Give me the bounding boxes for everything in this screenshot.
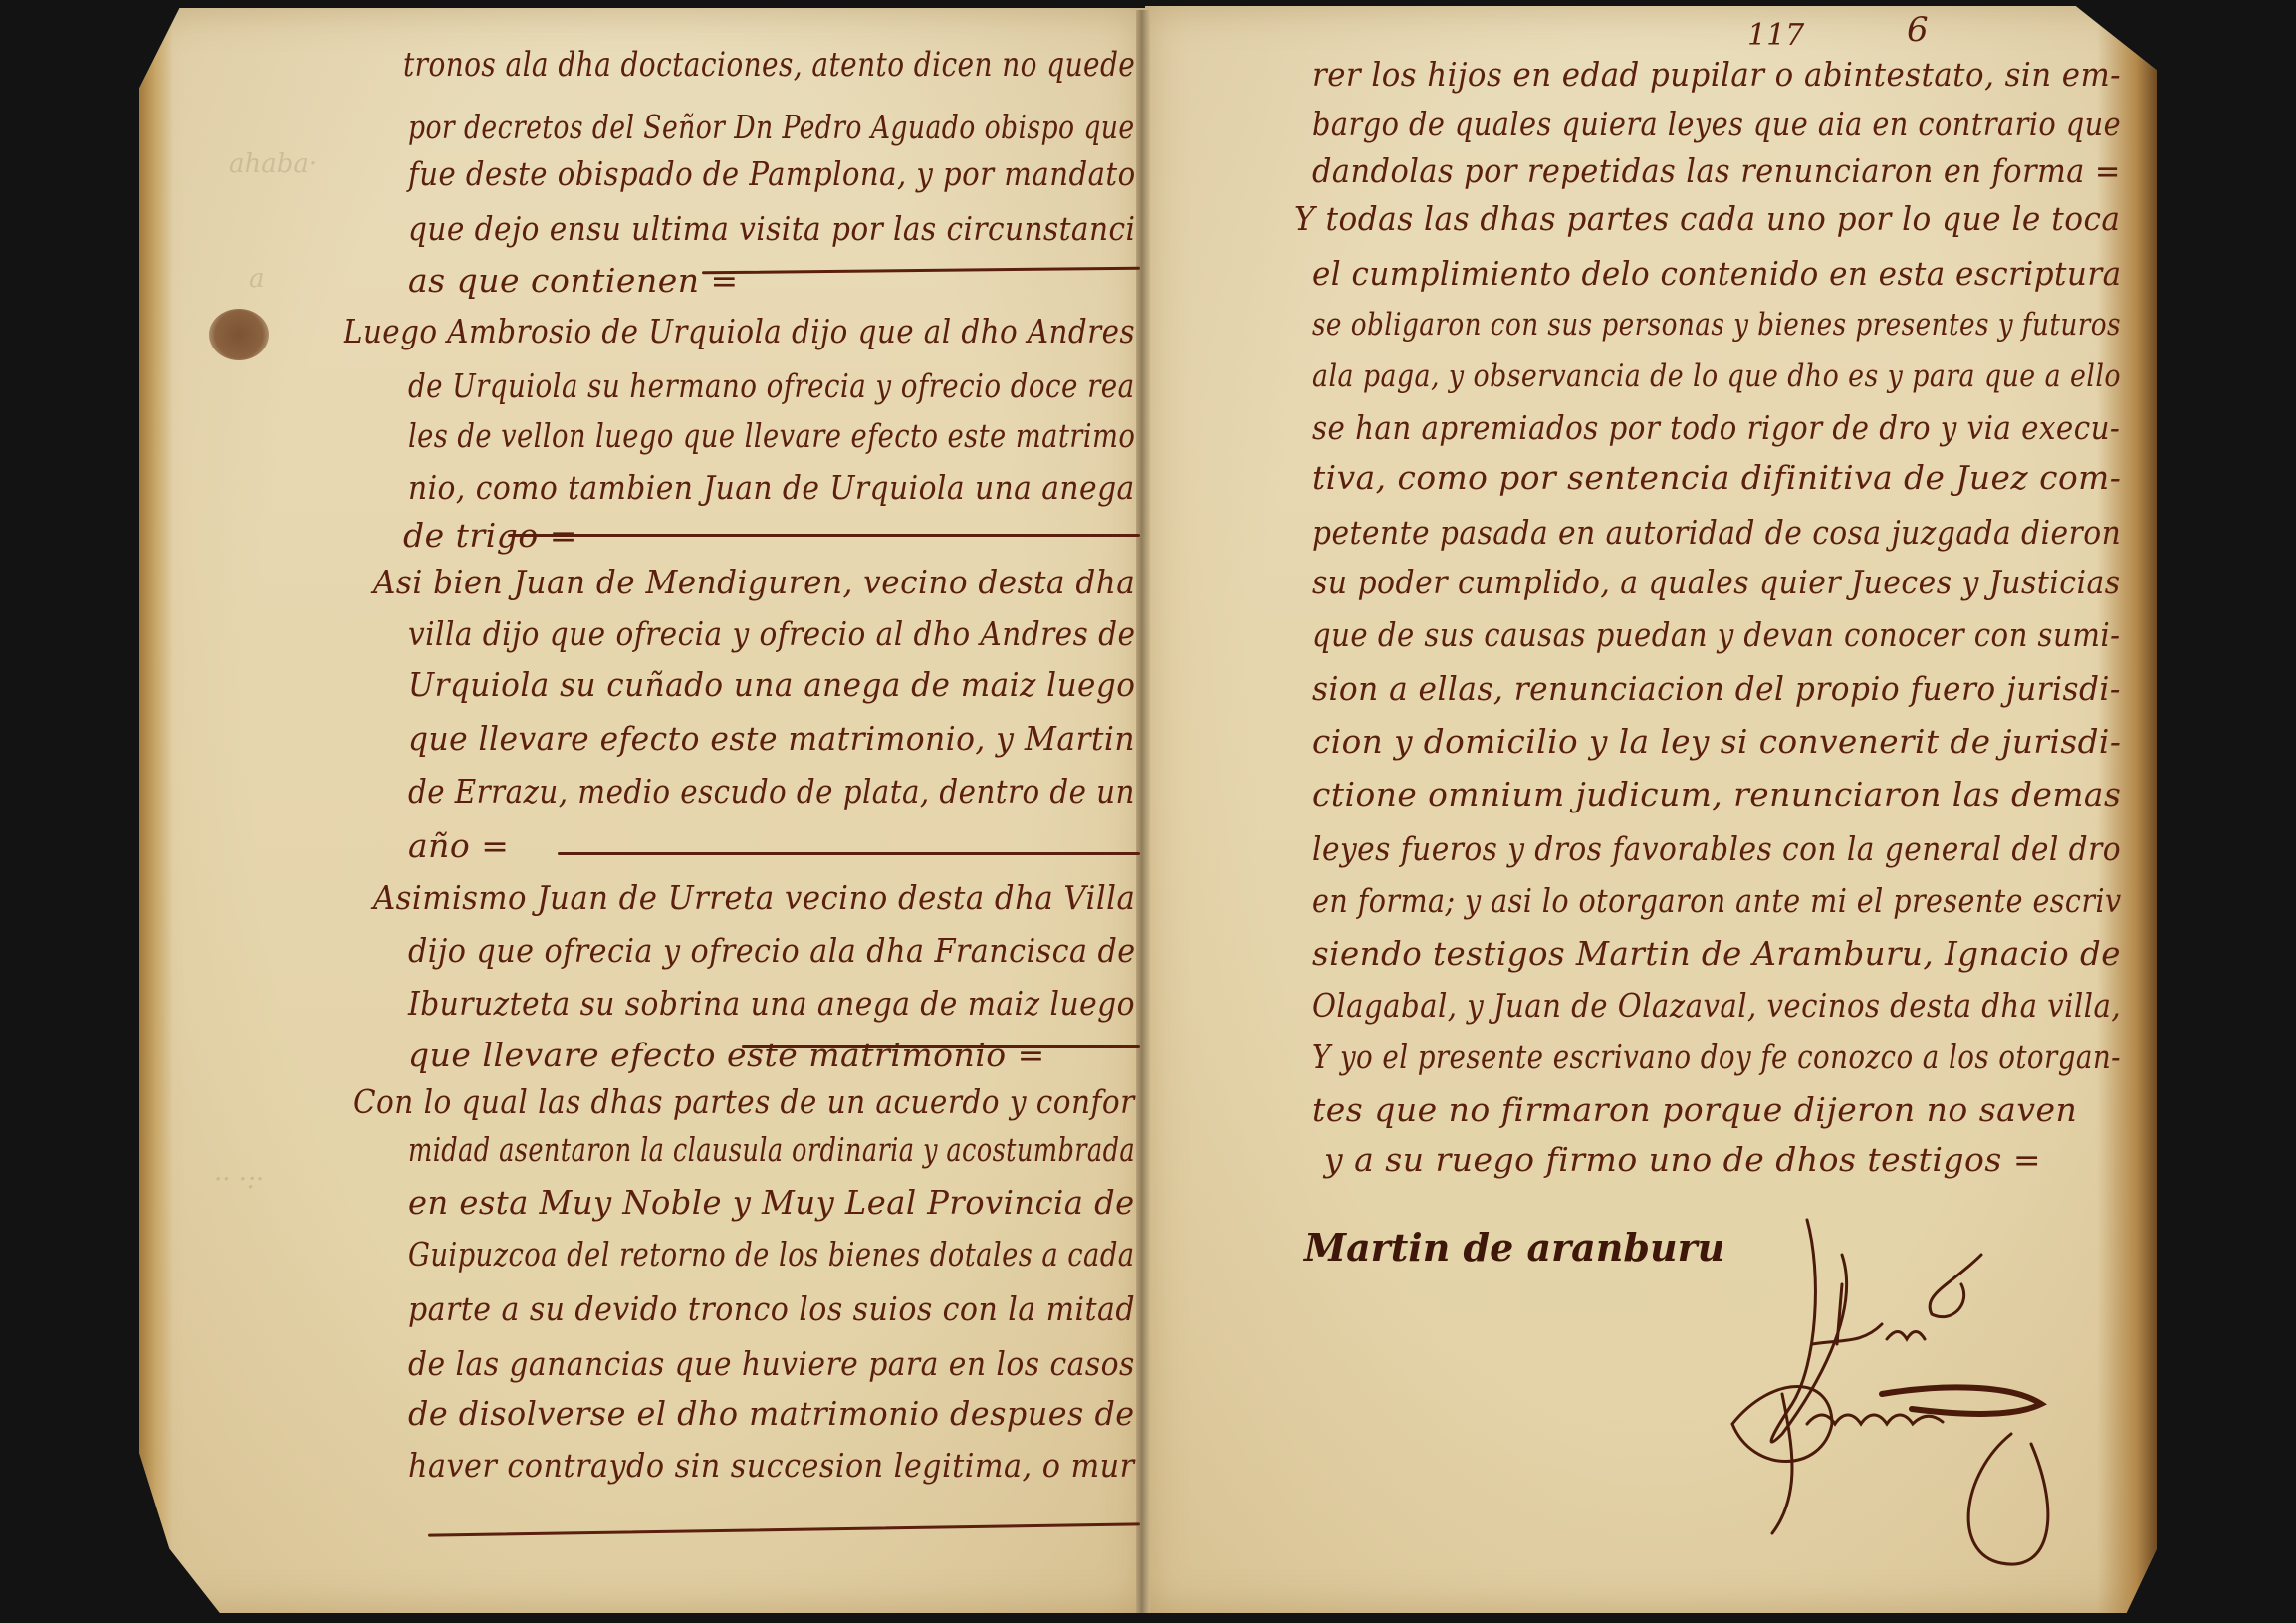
manuscript-line: bargo de quales quiera leyes que aia en … — [1312, 105, 2121, 143]
manuscript-line: les de vellon luego que llevare efecto e… — [408, 416, 1135, 455]
manuscript-line: Y todas las dhas partes cada uno por lo … — [1294, 199, 2121, 238]
manuscript-line: por decretos del Señor Dn Pedro Aguado o… — [408, 108, 1135, 146]
line-filler-rule — [558, 852, 1140, 855]
manuscript-line: Y yo el presente escrivano doy fe conozc… — [1312, 1038, 2121, 1076]
binding-gutter — [1136, 10, 1150, 1613]
manuscript-line: haver contraydo sin succesion legitima, … — [408, 1446, 1135, 1485]
worn-page-edge — [139, 8, 173, 1613]
manuscript-line: se han apremiados por todo rigor de dro … — [1312, 408, 2120, 447]
manuscript-line: tes que no firmaron porque dijeron no sa… — [1312, 1090, 2077, 1129]
manuscript-line: cion y domicilio y la ley si convenerit … — [1312, 722, 2121, 761]
manuscript-line: tronos ala dha doctaciones, atento dicen… — [403, 45, 1135, 85]
manuscript-line: rer los hijos en edad pupilar o abintest… — [1312, 55, 2121, 94]
manuscript-line: de las ganancias que huviere para en los… — [408, 1344, 1135, 1383]
bleed-through-mark: ·· ·:· — [214, 1165, 264, 1195]
folio-marks: 117 — [1747, 18, 1804, 53]
manuscript-line: que de sus causas puedan y devan conocer… — [1312, 615, 2120, 654]
manuscript-line: villa dijo que ofrecia y ofrecio al dho … — [408, 614, 1135, 653]
line-filler-rule — [742, 1045, 1140, 1048]
manuscript-line: Asi bien Juan de Mendiguren, vecino dest… — [373, 563, 1135, 601]
folio-number: 6 — [1907, 10, 1929, 50]
manuscript-line: Iburuzteta su sobrina una anega de maiz … — [408, 984, 1135, 1023]
line-filler-rule — [508, 534, 1140, 537]
manuscript-line: parte a su devido tronco los suios con l… — [408, 1289, 1135, 1328]
manuscript-line: en forma; y asi lo otorgaron ante mi el … — [1312, 881, 2122, 920]
manuscript-line: Con lo qual las dhas partes de un acuerd… — [353, 1082, 1135, 1121]
manuscript-line: de disolverse el dho matrimonio despues … — [408, 1394, 1135, 1433]
witness-signature: Martin de aranburu — [1304, 1225, 1724, 1270]
manuscript-line: dandolas por repetidas las renunciaron e… — [1312, 151, 2121, 190]
manuscript-line: tiva, como por sentencia difinitiva de J… — [1312, 458, 2121, 497]
manuscript-line: midad asentaron la clausula ordinaria y … — [408, 1130, 1135, 1169]
manuscript-line: se obligaron con sus personas y bienes p… — [1312, 307, 2121, 343]
manuscript-line: año = — [408, 826, 509, 865]
image-viewer: ahaba· a ·· ·:· tronos ala dha doctacion… — [0, 0, 2296, 1623]
bleed-through-mark: ahaba· — [229, 149, 317, 179]
manuscript-line: ctione omnium judicum, renunciaron las d… — [1312, 775, 2121, 813]
manuscript-line: siendo testigos Martin de Aramburu, Igna… — [1312, 934, 2121, 973]
manuscript-line: leyes fueros y dros favorables con la ge… — [1312, 829, 2121, 868]
manuscript-line: nio, como tambien Juan de Urquiola una a… — [408, 468, 1135, 507]
manuscript-line: ala paga, y observancia de lo que dho es… — [1312, 358, 2121, 394]
manuscript-line: que llevare efecto este matrimonio, y Ma… — [408, 719, 1135, 758]
manuscript-line: dijo que ofrecia y ofrecio ala dha Franc… — [408, 931, 1136, 970]
manuscript-line: en esta Muy Noble y Muy Leal Provincia d… — [408, 1183, 1135, 1222]
manuscript-line: Olagabal, y Juan de Olazaval, vecinos de… — [1312, 986, 2121, 1025]
manuscript-line: Guipuzcoa del retorno de los bienes dota… — [408, 1235, 1135, 1274]
manuscript-line: su poder cumplido, a quales quier Jueces… — [1312, 563, 2121, 601]
manuscript-line: Asimismo Juan de Urreta vecino desta dha… — [373, 878, 1135, 917]
manuscript-line: de Errazu, medio escudo de plata, dentro… — [408, 772, 1135, 811]
manuscript-line: petente pasada en autoridad de cosa juzg… — [1312, 513, 2121, 552]
ink-blot-stain — [209, 309, 269, 360]
manuscript-line: sion a ellas, renunciacion del propio fu… — [1312, 669, 2121, 708]
manuscript-line: as que contienen = — [408, 261, 739, 300]
manuscript-line: Luego Ambrosio de Urquiola dijo que al d… — [344, 312, 1135, 350]
notary-signature-flourish — [1713, 1195, 2131, 1573]
manuscript-line: el cumplimiento delo contenido en esta e… — [1312, 254, 2122, 293]
manuscript-line: que dejo ensu ultima visita por las circ… — [408, 209, 1135, 248]
manuscript-line: fue deste obispado de Pamplona, y por ma… — [408, 154, 1136, 193]
manuscript-line: de Urquiola su hermano ofrecia y ofrecio… — [408, 366, 1135, 405]
bleed-through-mark: a — [249, 264, 265, 294]
manuscript-line: y a su ruego firmo uno de dhos testigos … — [1324, 1140, 2041, 1179]
manuscript-line: que llevare efecto este matrimonio = — [408, 1036, 1045, 1074]
manuscript-line: Urquiola su cuñado una anega de maiz lue… — [408, 665, 1135, 704]
